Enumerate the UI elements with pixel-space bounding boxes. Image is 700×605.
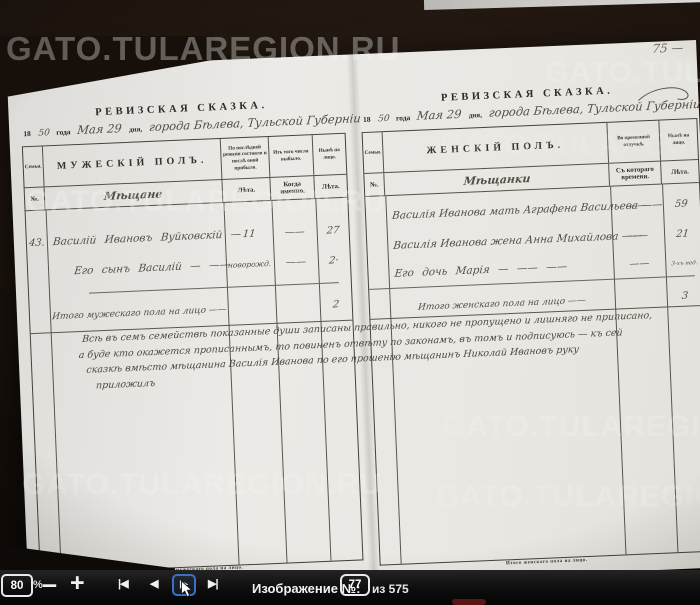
left-col-prev-revision: По послѣдней ревизіи состояло и послѣ он… xyxy=(221,137,271,179)
screen-glare xyxy=(424,0,700,10)
right-date-month-day: Мая 29 xyxy=(416,107,462,123)
image-number-input[interactable] xyxy=(340,574,370,596)
absent-since: —— xyxy=(628,230,649,242)
departed-when: —— xyxy=(285,257,306,269)
left-year-printed: 18 xyxy=(23,129,31,138)
table-row: Василія Иванова жена Анна Михайлова —— —… xyxy=(367,223,700,255)
total-row: Итого мужескаго пола на лицо —— 2 xyxy=(30,294,352,325)
male-total-label: Итого мужескаго пола на лицо —— xyxy=(51,305,227,322)
person-name: Василій Ивановъ Вуйковскій — xyxy=(52,228,241,248)
first-image-button[interactable]: |◀ xyxy=(118,579,128,590)
right-date-word: дня, xyxy=(469,111,482,120)
last-image-button[interactable]: ▶| xyxy=(208,579,218,590)
age-present: 27 xyxy=(326,225,340,237)
right-year-word: года xyxy=(396,113,411,123)
right-col-absent: Во временной отлучкѣ. xyxy=(607,121,661,163)
right-col-present: Нынѣ на лицо. xyxy=(659,119,698,161)
age-prev-revision: 11 xyxy=(242,229,256,241)
right-sub-present: Лѣта. xyxy=(661,160,699,184)
left-col-departed: Изъ того числа выбыло. xyxy=(269,135,315,177)
left-sub-prev: Лѣта. xyxy=(222,178,271,202)
age-present: 3-хъ нед. xyxy=(671,260,698,267)
left-col-male-sex: МУЖЕСКІЙ ПОЛЪ. xyxy=(43,139,223,186)
zoom-level-input[interactable] xyxy=(1,574,33,597)
left-year-word: года xyxy=(56,127,71,137)
male-total-value: 2 xyxy=(332,299,339,310)
document-scan[interactable]: 75 — РЕВИЗСКАЯ СКАЗКА. 1850года Мая 29 д… xyxy=(7,40,700,596)
zoom-out-button[interactable]: – xyxy=(42,571,57,598)
left-year-handwritten: 50 xyxy=(37,128,49,139)
folio-number: 75 — xyxy=(652,40,684,55)
viewer-toolbar: % – + |◀ ◀ ▶ ▶| Изображение №: из 575 xyxy=(0,570,700,605)
screen-photo: { "watermark": { "text": "GATO.TULAREGIO… xyxy=(0,0,700,605)
left-date-word: дня, xyxy=(129,125,142,134)
left-sub-departed: Когда именно. xyxy=(270,176,315,200)
person-name: Василія Иванова мать Аграфена Васильева … xyxy=(392,199,663,222)
left-sub-present: Лѣта. xyxy=(314,175,347,198)
zoom-in-button[interactable]: + xyxy=(70,571,85,596)
cursor-icon xyxy=(180,580,195,599)
left-col-family: Семьи. xyxy=(23,146,45,187)
age-prev-revision: новорожд. xyxy=(228,259,272,270)
table-row: 43. Василій Ивановъ Вуйковскій — 11 —— 2… xyxy=(27,220,349,251)
person-name: Его дочь Марія — —— —— xyxy=(394,261,568,280)
left-sub-no: №. xyxy=(25,187,46,210)
left-col-present: Нынѣ на лицо. xyxy=(313,134,347,175)
previous-image-button[interactable]: ◀ xyxy=(150,579,157,590)
right-year-printed: 18 xyxy=(363,115,371,124)
right-year-handwritten: 50 xyxy=(377,114,389,125)
left-sub-class: Мѣщане xyxy=(104,187,164,203)
absent-since: —— xyxy=(629,258,650,270)
row-number: 43. xyxy=(28,237,45,249)
age-present: 2· xyxy=(329,255,340,266)
female-total-value: 3 xyxy=(681,291,688,302)
table-row: Его сынъ Василій — —— новорожд. —— 2· xyxy=(28,250,350,281)
table-row: Василія Иванова мать Аграфена Васильева … xyxy=(366,193,700,225)
left-date-month-day: Мая 29 xyxy=(77,121,123,137)
right-sub-no: №. xyxy=(364,173,385,196)
departed-when: —— xyxy=(284,227,305,239)
toolbar-red-element xyxy=(452,599,486,605)
absent-since: —— xyxy=(626,200,647,212)
right-sub-class: Мѣщанки xyxy=(463,172,531,188)
person-name: Василія Иванова жена Анна Михайлова —— xyxy=(393,229,644,252)
row-divider xyxy=(89,282,339,293)
right-sub-absent: Съ котораго времени. xyxy=(609,162,662,186)
right-col-family: Семьи. xyxy=(363,132,385,173)
image-total-label: из 575 xyxy=(372,582,409,596)
person-name: Его сынъ Василій — —— xyxy=(74,259,231,278)
age-present: 59 xyxy=(674,198,688,210)
age-present: 21 xyxy=(676,228,690,240)
